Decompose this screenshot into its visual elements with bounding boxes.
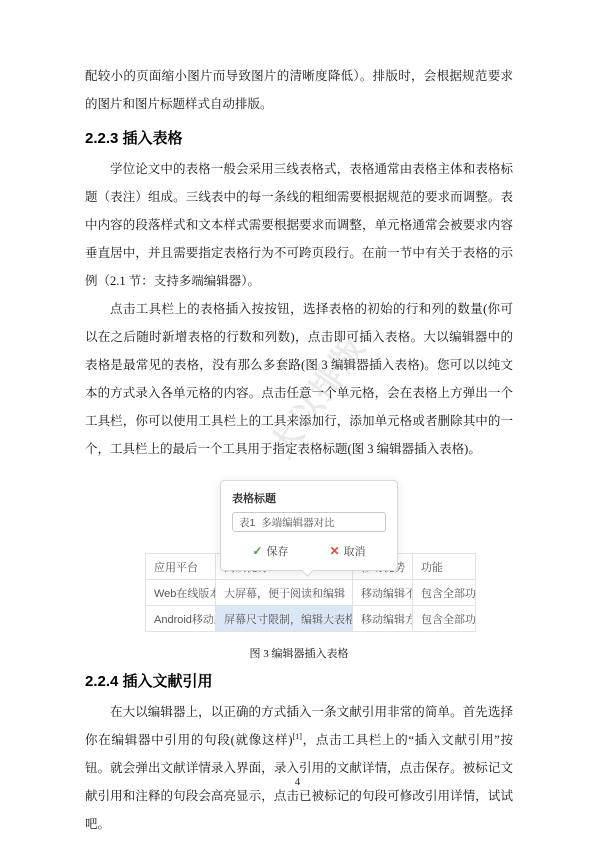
table-cell[interactable]: 包含全部功能 xyxy=(413,606,476,632)
popup-title-label: 表格标题 xyxy=(232,490,386,506)
table-cell[interactable]: 包含全部功能 xyxy=(413,580,476,606)
table-cell[interactable]: 移动编辑不便 xyxy=(353,580,413,606)
figure-caption: 图 3 编辑器插入表格 xyxy=(85,645,513,661)
table-row: Android移动版本 屏幕尺寸限制，编辑大表格不便 移动编辑方便 包含全部功能 xyxy=(146,606,476,632)
table-caption-popup: 表格标题 ✓ 保存 ✕ 取消 xyxy=(220,480,398,571)
table-header-cell[interactable]: 应用平台 xyxy=(146,554,216,580)
paragraph-tables-2: 点击工具栏上的表格插入按按钮，选择表格的初始的行和列的数量(你可以在之后随时新增… xyxy=(85,295,513,463)
save-button-label: 保存 xyxy=(267,543,289,559)
section-title-2-2-3: 2.2.3 插入表格 xyxy=(85,127,513,148)
check-icon: ✓ xyxy=(252,544,262,558)
citation-ref-marker: [1] xyxy=(293,732,302,741)
table-cell-selected[interactable]: 屏幕尺寸限制，编辑大表格不便 xyxy=(216,606,353,632)
table-row: Web在线版本 大屏幕，便于阅读和编辑 移动编辑不便 包含全部功能 xyxy=(146,580,476,606)
cancel-button[interactable]: ✕ 取消 xyxy=(329,543,365,559)
table-cell[interactable]: Web在线版本 xyxy=(146,580,216,606)
document-page: 大以排版 配较小的页面缩小图片而导致图片的清晰度降低）。排版时，会根据规范要求的… xyxy=(0,0,595,842)
paragraph-intro: 配较小的页面缩小图片而导致图片的清晰度降低）。排版时，会根据规范要求的图片和图片… xyxy=(85,62,513,118)
paragraph-citations: 在大以编辑器上，以正确的方式插入一条文献引用非常的简单。首先选择你在编辑器中引用… xyxy=(85,698,513,838)
table-cell[interactable]: 移动编辑方便 xyxy=(353,606,413,632)
table-cell[interactable]: Android移动版本 xyxy=(146,606,216,632)
table-caption-input[interactable] xyxy=(232,512,386,532)
cancel-button-label: 取消 xyxy=(344,543,366,559)
section-title-2-2-4: 2.2.4 插入文献引用 xyxy=(85,670,513,691)
table-cell[interactable]: 大屏幕，便于阅读和编辑 xyxy=(216,580,353,606)
x-icon: ✕ xyxy=(329,544,339,558)
page-content: 配较小的页面缩小图片而导致图片的清晰度降低）。排版时，会根据规范要求的图片和图片… xyxy=(85,62,513,838)
table-header-cell[interactable]: 功能 xyxy=(413,554,476,580)
figure-editor-table-screenshot: 表格标题 ✓ 保存 ✕ 取消 应用平台 xyxy=(145,480,477,632)
page-number: 4 xyxy=(0,776,595,788)
paragraph-tables-1: 学位论文中的表格一般会采用三线表格式，表格通常由表格主体和表格标题（表注）组成。… xyxy=(85,155,513,295)
save-button[interactable]: ✓ 保存 xyxy=(252,543,288,559)
popup-actions: ✓ 保存 ✕ 取消 xyxy=(232,543,386,559)
